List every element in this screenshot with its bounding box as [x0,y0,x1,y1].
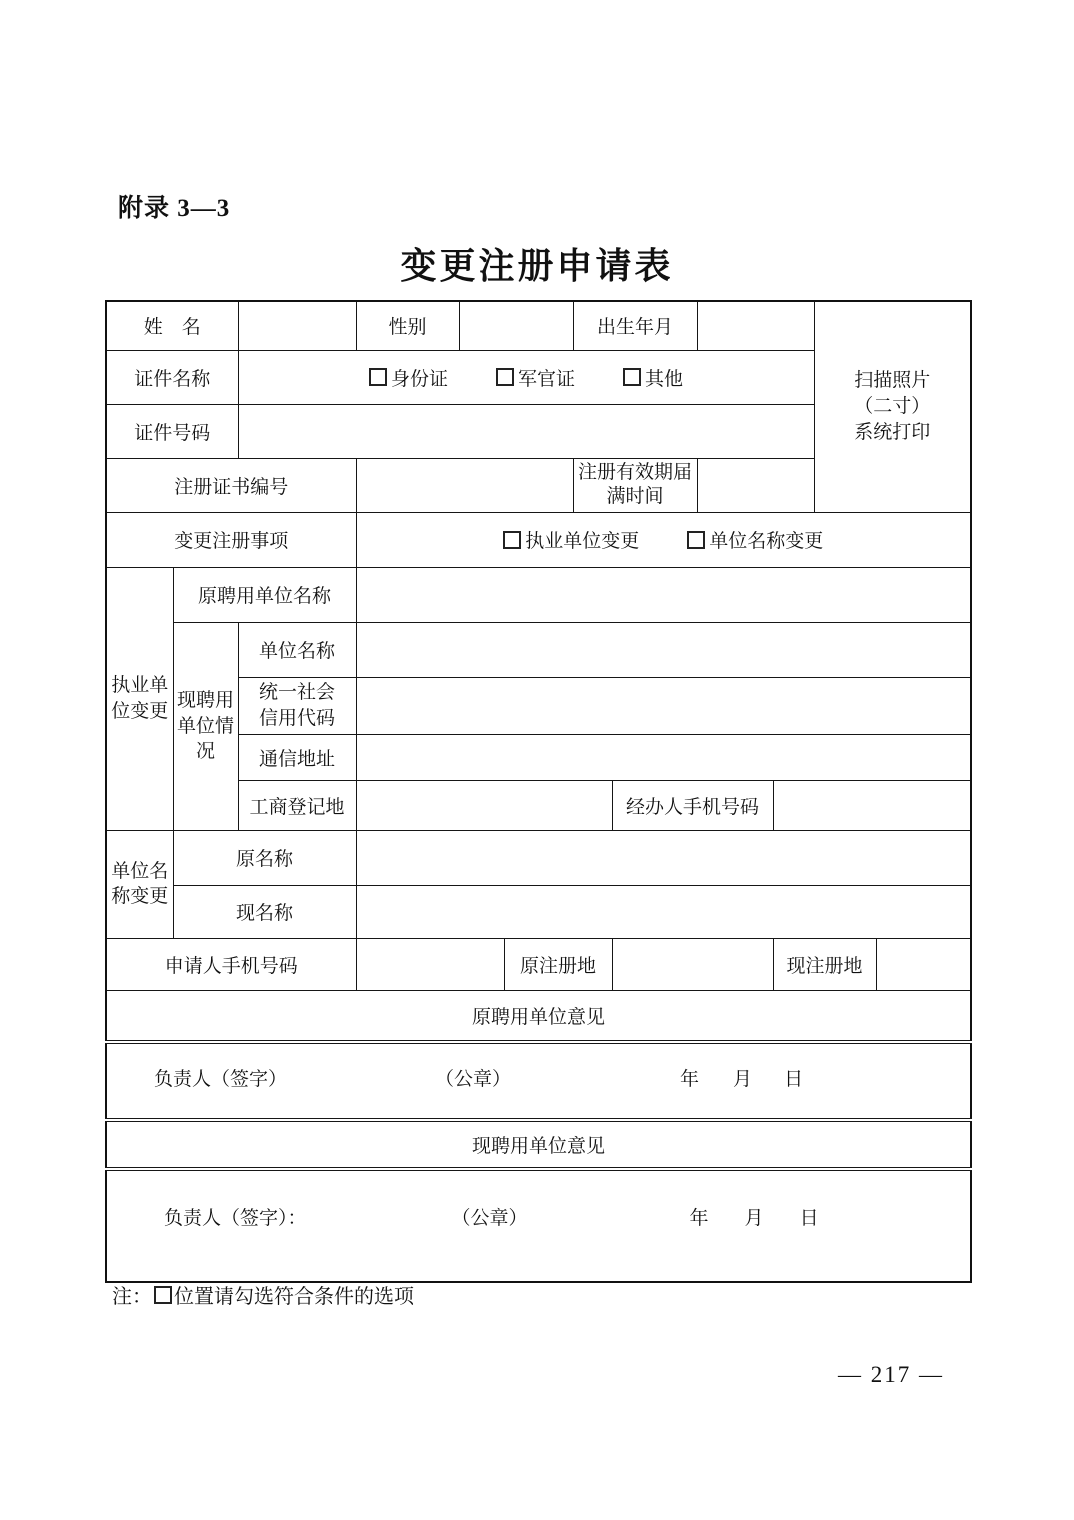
month-label: 月 [745,1203,764,1230]
old-name-input-cell[interactable] [356,830,971,885]
old-reg-place-label: 原注册地 [504,938,612,990]
change-options-cell: 执业单位变更 单位名称变更 [356,512,971,567]
note-prefix: 注： [112,1280,152,1309]
birth-input-cell[interactable] [697,301,814,350]
address-label: 通信地址 [238,734,356,780]
checkbox-label: 身份证 [391,364,448,391]
reg-expiry-label: 注册有效期届 满时间 [573,458,697,512]
checkbox-icon [154,1286,172,1304]
agent-phone-label: 经办人手机号码 [612,780,773,830]
day-label: 日 [800,1203,819,1230]
current-employer-signature-cell[interactable]: 负责人（签字）： （公章） 年 月 日 [106,1169,971,1282]
leader-signature-label: 负责人（签字） [154,1064,287,1091]
applicant-phone-input-cell[interactable] [356,938,504,990]
cert-number-input-cell[interactable] [238,404,814,458]
reg-cert-no-label: 注册证书编号 [106,458,356,512]
company-name-input-cell[interactable] [356,622,971,677]
footer-note: 注：位置请勾选符合条件的选项 [112,1280,414,1309]
business-reg-place-input-cell[interactable] [356,780,612,830]
original-employer-opinion-label: 原聘用单位意见 [106,990,971,1042]
note-text: 位置请勾选符合条件的选项 [174,1280,414,1309]
day-label: 日 [784,1064,803,1091]
checkbox-label: 其他 [645,364,683,391]
birth-label: 出生年月 [573,301,697,350]
checkbox-icon [496,368,514,386]
employment-change-section-label: 执业单 位变更 [106,567,173,830]
checkbox-icon [369,368,387,386]
cert-name-label: 证件名称 [106,350,238,404]
name-label: 姓 名 [106,301,238,350]
name-input-cell[interactable] [238,301,356,350]
checkbox-icon [503,531,521,549]
checkbox-label: 军官证 [518,364,575,391]
checkbox-icon [687,531,705,549]
year-label: 年 [680,1064,699,1091]
credit-code-input-cell[interactable] [356,677,971,734]
cert-number-label: 证件号码 [106,404,238,458]
new-name-label: 现名称 [173,885,356,938]
new-name-input-cell[interactable] [356,885,971,938]
current-employer-group-label: 现聘用 单位情 况 [173,622,238,830]
checkbox-military-id[interactable]: 军官证 [496,364,575,391]
original-employer-input-cell[interactable] [356,567,971,622]
checkbox-other-cert[interactable]: 其他 [623,364,683,391]
leader-signature-label: 负责人（签字）： [164,1203,307,1230]
old-name-label: 原名称 [173,830,356,885]
page-number: — 217 — [838,1362,944,1388]
year-label: 年 [690,1203,709,1230]
old-reg-place-input-cell[interactable] [612,938,773,990]
new-reg-place-input-cell[interactable] [876,938,971,990]
reg-expiry-input-cell[interactable] [697,458,814,512]
cert-options-cell: 身份证 军官证 其他 [238,350,814,404]
month-label: 月 [733,1064,752,1091]
page-title: 变更注册申请表 [0,238,1074,289]
appendix-label: 附录 3—3 [118,188,230,224]
current-employer-opinion-label: 现聘用单位意见 [106,1120,971,1169]
official-seal-label: （公章） [452,1203,528,1230]
new-reg-place-label: 现注册地 [773,938,876,990]
checkbox-icon [623,368,641,386]
address-input-cell[interactable] [356,734,971,780]
checkbox-employment-change[interactable]: 执业单位变更 [503,526,639,553]
company-rename-section-label: 单位名 称变更 [106,830,173,938]
official-seal-label: （公章） [435,1064,511,1091]
change-items-label: 变更注册事项 [106,512,356,567]
reg-cert-no-input-cell[interactable] [356,458,573,512]
agent-phone-input-cell[interactable] [773,780,971,830]
original-employer-label: 原聘用单位名称 [173,567,356,622]
applicant-phone-label: 申请人手机号码 [106,938,356,990]
application-form-table: 姓 名 性别 出生年月 扫描照片 （二寸） 系统打印 证件名称 身份证 军官证 … [105,300,972,1283]
original-employer-signature-cell[interactable]: 负责人（签字） （公章） 年 月 日 [106,1042,971,1120]
gender-input-cell[interactable] [459,301,573,350]
photo-placeholder: 扫描照片 （二寸） 系统打印 [814,301,971,512]
credit-code-label: 统一社会 信用代码 [238,677,356,734]
checkbox-label: 执业单位变更 [525,526,639,553]
checkbox-label: 单位名称变更 [709,526,823,553]
checkbox-id-card[interactable]: 身份证 [369,364,448,391]
gender-label: 性别 [356,301,459,350]
company-name-label: 单位名称 [238,622,356,677]
checkbox-company-rename[interactable]: 单位名称变更 [687,526,823,553]
business-reg-place-label: 工商登记地 [238,780,356,830]
